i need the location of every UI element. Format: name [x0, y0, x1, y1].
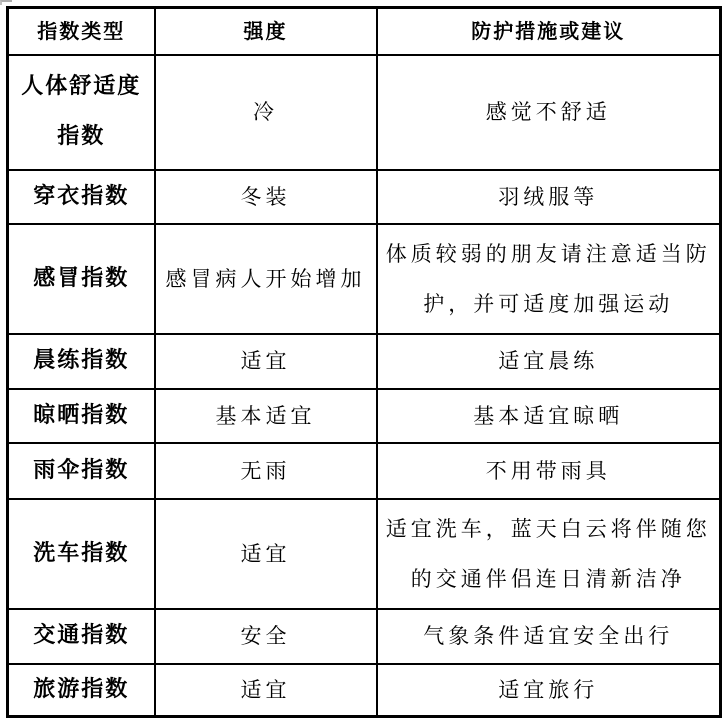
- cell-strength: 感冒病人开始增加: [155, 224, 377, 334]
- table-row: 洗车指数 适宜 适宜洗车，蓝天白云将伴随您 的交通伴侣连日清新洁净: [8, 499, 721, 609]
- cell-strength: 安全: [155, 609, 377, 664]
- cell-strength: 适宜: [155, 664, 377, 717]
- header-index-type: 指数类型: [8, 8, 155, 55]
- cell-advice: 基本适宜晾晒: [377, 389, 721, 443]
- screenshot-corner-artifact: [0, 0, 12, 5]
- document-page: 指数类型 强度 防护措施或建议 人体舒适度 指数 冷 感觉不舒适 穿衣指数 冬装…: [0, 0, 727, 722]
- cell-advice: 体质较弱的朋友请注意适当防 护，并可适度加强运动: [377, 224, 721, 334]
- cell-strength: 适宜: [155, 334, 377, 389]
- table-row: 感冒指数 感冒病人开始增加 体质较弱的朋友请注意适当防 护，并可适度加强运动: [8, 224, 721, 334]
- header-strength: 强度: [155, 8, 377, 55]
- cell-strength: 无雨: [155, 443, 377, 499]
- cell-index-type: 晨练指数: [8, 334, 155, 389]
- table-row: 晨练指数 适宜 适宜晨练: [8, 334, 721, 389]
- cell-advice: 适宜洗车，蓝天白云将伴随您 的交通伴侣连日清新洁净: [377, 499, 721, 609]
- cell-strength: 冬装: [155, 170, 377, 224]
- cell-index-type: 交通指数: [8, 609, 155, 664]
- table-row: 旅游指数 适宜 适宜旅行: [8, 664, 721, 717]
- cell-advice: 羽绒服等: [377, 170, 721, 224]
- table-body: 人体舒适度 指数 冷 感觉不舒适 穿衣指数 冬装 羽绒服等 感冒指数 感冒病人开…: [8, 55, 721, 717]
- table-row: 雨伞指数 无雨 不用带雨具: [8, 443, 721, 499]
- table-header-row: 指数类型 强度 防护措施或建议: [8, 8, 721, 55]
- header-advice: 防护措施或建议: [377, 8, 721, 55]
- table-row: 晾晒指数 基本适宜 基本适宜晾晒: [8, 389, 721, 443]
- cell-index-type: 雨伞指数: [8, 443, 155, 499]
- cell-index-type: 穿衣指数: [8, 170, 155, 224]
- cell-index-type: 人体舒适度 指数: [8, 55, 155, 170]
- cell-index-type: 晾晒指数: [8, 389, 155, 443]
- cell-index-type: 感冒指数: [8, 224, 155, 334]
- cell-index-type: 洗车指数: [8, 499, 155, 609]
- weather-index-table: 指数类型 强度 防护措施或建议 人体舒适度 指数 冷 感觉不舒适 穿衣指数 冬装…: [6, 6, 722, 718]
- cell-strength: 基本适宜: [155, 389, 377, 443]
- cell-advice: 感觉不舒适: [377, 55, 721, 170]
- cell-advice: 适宜晨练: [377, 334, 721, 389]
- cell-strength: 适宜: [155, 499, 377, 609]
- cell-advice: 气象条件适宜安全出行: [377, 609, 721, 664]
- cell-index-type: 旅游指数: [8, 664, 155, 717]
- table-row: 穿衣指数 冬装 羽绒服等: [8, 170, 721, 224]
- table-row: 人体舒适度 指数 冷 感觉不舒适: [8, 55, 721, 170]
- cell-advice: 不用带雨具: [377, 443, 721, 499]
- table-row: 交通指数 安全 气象条件适宜安全出行: [8, 609, 721, 664]
- cell-advice: 适宜旅行: [377, 664, 721, 717]
- cell-strength: 冷: [155, 55, 377, 170]
